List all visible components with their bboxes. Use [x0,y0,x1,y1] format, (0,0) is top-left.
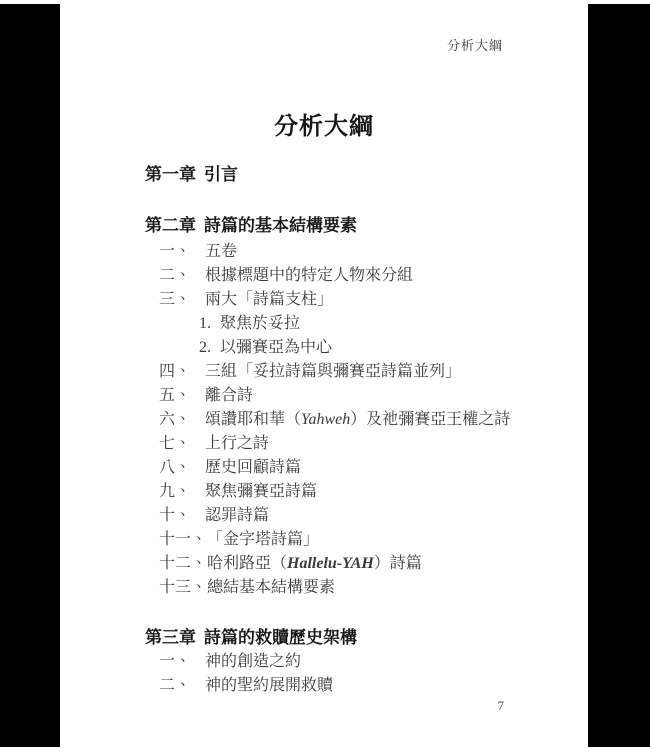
toc-item-number: 一、 [159,240,205,264]
toc-item: 四、 三組「妥拉詩篇與彌賽亞詩篇並列」 [159,360,588,384]
toc-item: 七、 上行之詩 [159,432,588,456]
toc-item-text: 根據標題中的特定人物來分組 [205,264,588,288]
toc-item-number: 三、 [159,288,205,312]
chapter-label: 第三章 [145,625,196,650]
toc-subitem-number: 1. [199,312,220,336]
toc-item-text: 離合詩 [205,384,588,408]
document-page: 分析大綱 分析大綱 第一章 引言 第二章 詩篇的基本結構要素 一、 五卷 二、 [60,0,588,750]
chapter-1: 第一章 引言 [145,162,588,187]
toc-item: 五、 離合詩 [159,384,588,408]
toc-item-latin-term: Hallelu-YAH [287,555,374,572]
toc-item: 十三、 總結基本結構要素 [159,576,588,600]
toc-item-number: 九、 [159,480,205,504]
toc-subitem: 2. 以彌賽亞為中心 [199,336,588,360]
toc-item-number: 十三、 [159,576,207,600]
chapter-label: 第二章 [145,213,196,238]
toc-item-number: 五、 [159,384,205,408]
viewer-black-margin-right [588,4,650,747]
toc-item-latin-term: Yahweh [301,411,350,428]
toc-item: 十一、 「金字塔詩篇」 [159,528,588,552]
toc-item: 一、 五卷 [159,240,588,264]
chapter-2-items: 一、 五卷 二、 根據標題中的特定人物來分組 三、 兩大「詩篇支柱」 1. 聚焦… [159,240,588,600]
chapter-title: 詩篇的救贖歷史架構 [204,625,357,650]
toc-item-number: 八、 [159,456,205,480]
toc-item-text: 上行之詩 [205,432,588,456]
toc-item-number: 四、 [159,360,205,384]
toc-item-text: 「金字塔詩篇」 [207,528,588,552]
toc-item-text: 五卷 [205,240,588,264]
toc-item-text: 歷史回顧詩篇 [205,456,588,480]
toc-item-text-post: ）及祂彌賽亞王權之詩 [350,411,510,428]
chapter-label: 第一章 [145,162,196,187]
toc-item-number: 十、 [159,504,205,528]
chapter-1-heading: 第一章 引言 [145,162,588,187]
chapter-2-heading: 第二章 詩篇的基本結構要素 [145,213,588,238]
toc-item-number: 一、 [159,650,205,674]
toc-subitem-text: 聚焦於妥拉 [220,312,300,336]
toc-item: 二、 神的聖約展開救贖 [159,674,588,698]
toc-item-text: 頌讚耶和華（Yahweh）及祂彌賽亞王權之詩 [205,408,588,432]
toc-item-text: 哈利路亞（Hallelu-YAH）詩篇 [207,552,588,576]
chapter-2: 第二章 詩篇的基本結構要素 一、 五卷 二、 根據標題中的特定人物來分組 三、 … [145,213,588,600]
toc-item-number: 七、 [159,432,205,456]
toc-item-number: 十一、 [159,528,207,552]
toc-item: 十二、 哈利路亞（Hallelu-YAH）詩篇 [159,552,588,576]
toc-item-text: 總結基本結構要素 [207,576,588,600]
toc-item-number: 十二、 [159,552,207,576]
toc-item: 九、 聚焦彌賽亞詩篇 [159,480,588,504]
toc-item-number: 二、 [159,674,205,698]
toc-item-number: 二、 [159,264,205,288]
toc-item: 六、 頌讚耶和華（Yahweh）及祂彌賽亞王權之詩 [159,408,588,432]
toc-item-text: 神的創造之約 [205,650,588,674]
toc-item: 二、 根據標題中的特定人物來分組 [159,264,588,288]
table-of-contents: 第一章 引言 第二章 詩篇的基本結構要素 一、 五卷 二、 根據標題中的特定人物… [145,162,588,698]
page-number: 7 [498,698,505,713]
toc-item-text-pre: 哈利路亞（ [207,555,287,572]
chapter-3: 第三章 詩篇的救贖歷史架構 一、 神的創造之約 二、 神的聖約展開救贖 [145,625,588,698]
toc-item: 三、 兩大「詩篇支柱」 [159,288,588,312]
chapter-3-items: 一、 神的創造之約 二、 神的聖約展開救贖 [159,650,588,698]
chapter-3-heading: 第三章 詩篇的救贖歷史架構 [145,625,588,650]
document-title: 分析大綱 [60,110,588,144]
toc-subitem-number: 2. [199,336,220,360]
toc-item: 八、 歷史回顧詩篇 [159,456,588,480]
toc-item-number: 六、 [159,408,205,432]
running-header: 分析大綱 [447,38,503,54]
toc-item-text: 三組「妥拉詩篇與彌賽亞詩篇並列」 [205,360,588,384]
toc-subitem-text: 以彌賽亞為中心 [220,336,332,360]
viewer-black-margin-left [0,4,60,747]
toc-item-text-post: ）詩篇 [374,555,422,572]
toc-item: 十、 認罪詩篇 [159,504,588,528]
toc-item-text-pre: 頌讚耶和華（ [205,411,301,428]
toc-item-text: 認罪詩篇 [205,504,588,528]
chapter-title: 詩篇的基本結構要素 [204,213,357,238]
toc-subitem: 1. 聚焦於妥拉 [199,312,588,336]
toc-item-text: 神的聖約展開救贖 [205,674,588,698]
toc-item: 一、 神的創造之約 [159,650,588,674]
toc-item-text: 兩大「詩篇支柱」 [205,288,588,312]
toc-item-text: 聚焦彌賽亞詩篇 [205,480,588,504]
chapter-title: 引言 [204,162,238,187]
